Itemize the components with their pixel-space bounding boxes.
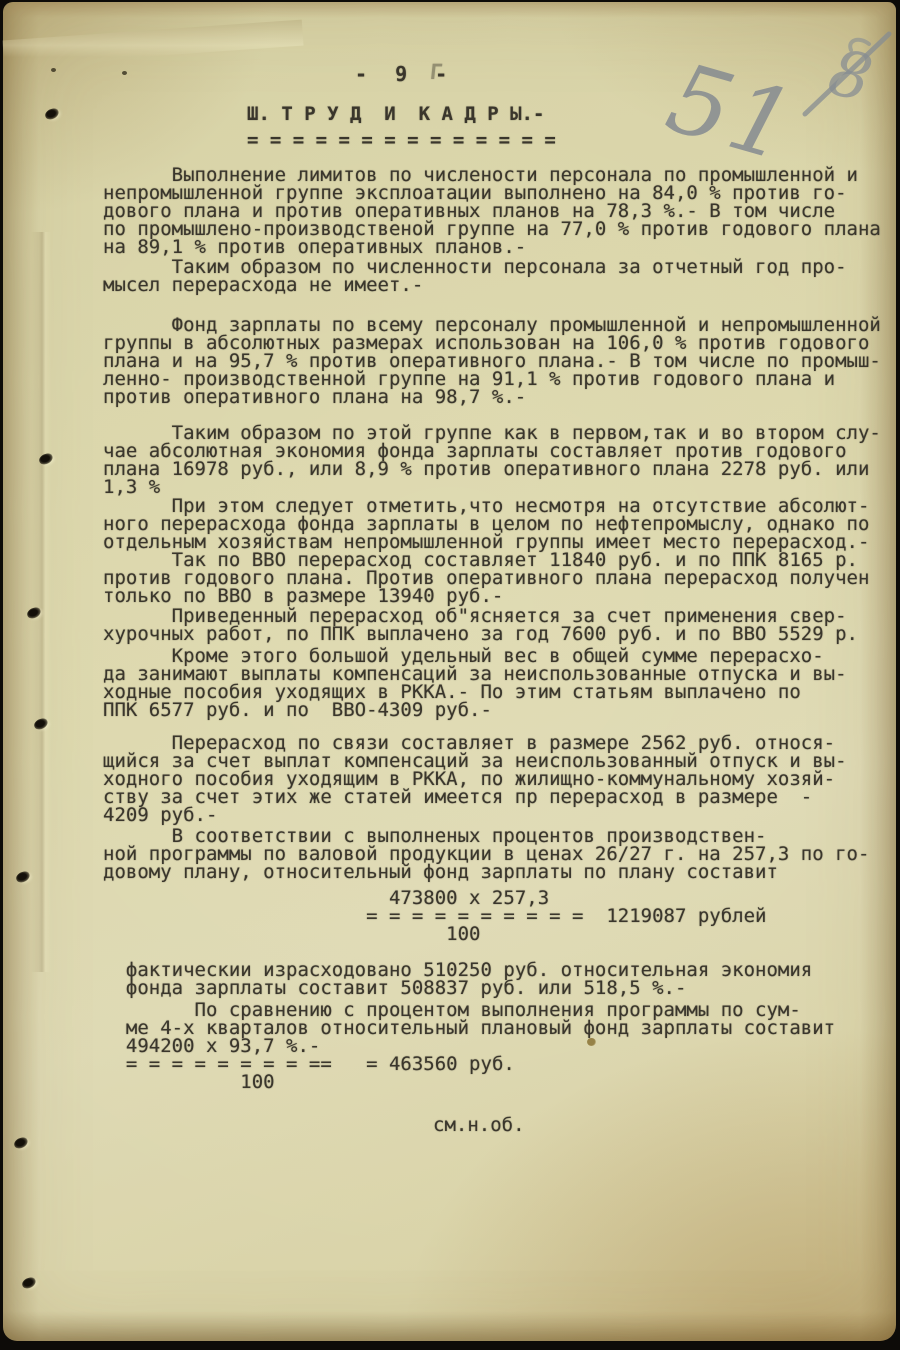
binding-hole [33, 717, 49, 731]
typewriter-smudge: Г [429, 60, 444, 84]
paragraph-quarterly-fund: По сравнению с процентом выполнения прог… [103, 1001, 900, 1091]
paragraph-note-overrun: При этом следует отметить,что несмотря н… [103, 497, 900, 551]
paper-speck [122, 71, 127, 75]
paper-fold-mark [2, 20, 303, 67]
paragraph-compensations: Кроме этого большой удельный вес в общей… [103, 647, 900, 719]
paragraph-labor-limits: Выполнение лимитов по числености персона… [103, 166, 900, 256]
paragraph-absolute-savings: Таким образом по этой группе как в перво… [103, 424, 900, 496]
paragraph-communication: Перерасход по связи составляет в размере… [103, 734, 900, 824]
binding-hole [21, 1276, 37, 1290]
pencil-crossed-number: 8 [821, 36, 878, 118]
binding-hole [13, 1136, 29, 1150]
binding-hole [44, 107, 60, 121]
paragraph-vvo-ppk-overrun: Так по ВВО перерасход составляет 11840 р… [103, 551, 900, 605]
section-title: Ш. Т Р У Д И К А Д Р Ы.- [247, 103, 544, 125]
paragraph-overtime-explain: Приведенный перерасход об"ясняется за сч… [103, 607, 900, 643]
see-overleaf-note: см.н.об. [433, 1116, 900, 1134]
binding-hole [15, 870, 31, 884]
paragraph-actual-spending: фактическии израсходовано 510250 руб. от… [103, 961, 900, 997]
strike-through-line [805, 34, 889, 114]
stain-dot [587, 1038, 596, 1046]
formula-relative-wage-fund: 473800 x 257,3 = = = = = = = = = = 12190… [103, 889, 900, 943]
pencil-page-number: 51 [656, 41, 808, 183]
document-page: - 9 - Г Ш. Т Р У Д И К А Д Р Ы.-= = = = … [3, 2, 896, 1341]
binding-hole [26, 606, 42, 620]
paragraph-program-percent: В соответствии с выполненых процентов пр… [103, 827, 900, 881]
paragraph-wage-fund: Фонд зарплаты по всему персоналу промышл… [103, 316, 900, 406]
section-title-block: Ш. Т Р У Д И К А Д Р Ы.-= = = = = = = = … [247, 101, 556, 153]
title-underline: = = = = = = = = = = = = = = [247, 129, 556, 151]
paper-crease [31, 232, 51, 972]
document-body: Выполнение лимитов по числености персона… [103, 166, 900, 1134]
paper-speck [51, 68, 56, 72]
paragraph-no-overrun: Таким образом по численности персонала з… [103, 258, 900, 294]
binding-hole [38, 452, 54, 466]
pencil-curl-mark [850, 40, 869, 50]
